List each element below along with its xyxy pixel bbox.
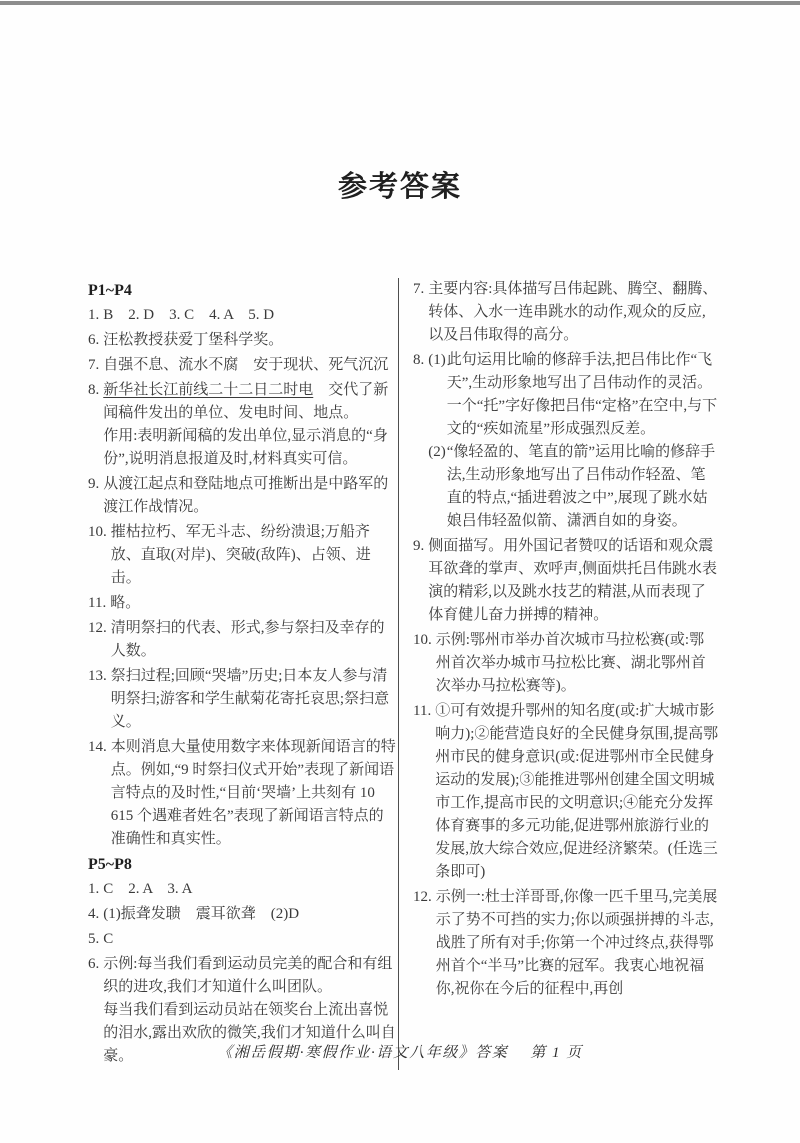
answer-item: 11.①可有效提升鄂州的知名度(或:扩大城市影响力);②能营造良好的全民健身氛围… <box>413 700 719 884</box>
item-number: 4. <box>88 903 103 926</box>
item-text: 主要内容:具体描写吕伟起跳、腾空、翻腾、转体、入水一连串跳水的动作,观众的反应,… <box>428 278 719 347</box>
item-text: 示例:鄂州市举办首次城市马拉松赛(或:鄂州首次举办城市马拉松比赛、湖北鄂州首次举… <box>436 629 719 698</box>
answer-item: 5.C <box>88 928 398 951</box>
item-text: B 2. D 3. C 4. A 5. D <box>103 304 398 327</box>
answers-column-right: 7.主要内容:具体描写吕伟起跳、腾空、翻腾、转体、入水一连串跳水的动作,观众的反… <box>399 278 719 1070</box>
page-range-heading: P5~P8 <box>88 853 398 876</box>
scan-edge-line <box>0 1 800 5</box>
answers-two-column-layout: P1~P41.B 2. D 3. C 4. A 5. D6.汪松教授获爱丁堡科学… <box>0 278 800 1070</box>
item-number: 12. <box>413 886 436 909</box>
item-number: 8. <box>88 379 103 402</box>
item-number: 9. <box>413 535 428 558</box>
item-text: 清明祭扫的代表、形式,参与祭扫及幸存的人数。 <box>111 617 398 663</box>
item-number: 5. <box>88 928 103 951</box>
answer-item: 8.新华社长江前线二十二日二时电 交代了新闻稿件发出的单位、发电时间、地点。 作… <box>88 379 398 471</box>
page-range-heading: P1~P4 <box>88 279 398 302</box>
answer-item: 10.示例:鄂州市举办首次城市马拉松赛(或:鄂州首次举办城市马拉松比赛、湖北鄂州… <box>413 629 719 698</box>
answer-item: 1.C 2. A 3. A <box>88 878 398 901</box>
item-number: 12. <box>88 617 111 640</box>
item-text: ①可有效提升鄂州的知名度(或:扩大城市影响力);②能营造良好的全民健身氛围,提高… <box>435 700 719 884</box>
item-number: 6. <box>88 329 103 352</box>
answer-item: 12.示例一:杜士洋哥哥,你像一匹千里马,完美展示了势不可挡的实力;你以顽强拼搏… <box>413 886 719 1001</box>
footer-page-number: 第 1 页 <box>530 1045 583 1061</box>
page-title: 参考答案 <box>0 0 800 204</box>
item-text: 摧枯拉朽、军无斗志、纷纷溃退;万船齐放、直取(对岸)、突破(敌阵)、占领、进击。 <box>111 521 398 590</box>
item-number: 1. <box>88 304 103 327</box>
answer-item: 9.侧面描写。用外国记者赞叹的话语和观众震耳欲聋的掌声、欢呼声,侧面烘托吕伟跳水… <box>413 535 719 627</box>
item-text: “像轻盈的、笔直的箭”运用比喻的修辞手法,生动形象地写出了吕伟动作轻盈、笔直的特… <box>447 441 719 533</box>
item-number: 7. <box>413 278 428 301</box>
answer-item: 7.自强不息、流水不腐 安于现状、死气沉沉 <box>88 354 398 377</box>
answer-item: 4.(1)振聋发聩 震耳欲聋 (2)D <box>88 903 398 926</box>
item-number: 10. <box>88 521 111 544</box>
item-number: 7. <box>88 354 103 377</box>
item-text: (1)振聋发聩 震耳欲聋 (2)D <box>103 903 398 926</box>
item-text: 侧面描写。用外国记者赞叹的话语和观众震耳欲聋的掌声、欢呼声,侧面烘托吕伟跳水表演… <box>428 535 719 627</box>
answer-sub-item: (1)此句运用比喻的修辞手法,把吕伟比作“飞天”,生动形象地写出了吕伟动作的灵活… <box>428 349 719 441</box>
item-number: 8. <box>413 349 428 372</box>
answer-item: 7.主要内容:具体描写吕伟起跳、腾空、翻腾、转体、入水一连串跳水的动作,观众的反… <box>413 278 719 347</box>
footer-book-title: 《湘岳假期·寒假作业·语文八年级》答案 <box>217 1045 508 1061</box>
underlined-source-line: 新华社长江前线二十二日二时电 <box>103 382 313 398</box>
item-number: 13. <box>88 665 111 688</box>
item-number: (2) <box>428 441 447 464</box>
item-text: 本则消息大量使用数字来体现新闻语言的特点。例如,“9 时祭扫仪式开始”表现了新闻… <box>111 736 398 851</box>
item-text: C <box>103 928 398 951</box>
answers-column-left: P1~P41.B 2. D 3. C 4. A 5. D6.汪松教授获爱丁堡科学… <box>88 278 398 1070</box>
answer-item: 6.汪松教授获爱丁堡科学奖。 <box>88 329 398 352</box>
answer-item: 9.从渡江起点和登陆地点可推断出是中路军的渡江作战情况。 <box>88 473 398 519</box>
item-text: 略。 <box>110 592 398 615</box>
answer-item: 1.B 2. D 3. C 4. A 5. D <box>88 304 398 327</box>
scanned-answer-page: 参考答案 P1~P41.B 2. D 3. C 4. A 5. D6.汪松教授获… <box>0 0 800 1143</box>
item-text: 此句运用比喻的修辞手法,把吕伟比作“飞天”,生动形象地写出了吕伟动作的灵活。一个… <box>447 349 719 441</box>
item-text: 示例一:杜士洋哥哥,你像一匹千里马,完美展示了势不可挡的实力;你以顽强拼搏的斗志… <box>436 886 719 1001</box>
answer-sub-item: (2)“像轻盈的、笔直的箭”运用比喻的修辞手法,生动形象地写出了吕伟动作轻盈、笔… <box>428 441 719 533</box>
item-text: (1)此句运用比喻的修辞手法,把吕伟比作“飞天”,生动形象地写出了吕伟动作的灵活… <box>428 349 719 533</box>
item-number: 6. <box>88 953 103 976</box>
item-number: 10. <box>413 629 436 652</box>
item-text: 祭扫过程;回顾“哭墙”历史;日本友人参与清明祭扫;游客和学生献菊花寄托哀思;祭扫… <box>111 665 398 734</box>
item-text: 汪松教授获爱丁堡科学奖。 <box>103 329 398 352</box>
answer-item: 8.(1)此句运用比喻的修辞手法,把吕伟比作“飞天”,生动形象地写出了吕伟动作的… <box>413 349 719 533</box>
item-text: 自强不息、流水不腐 安于现状、死气沉沉 <box>103 354 398 377</box>
item-number: 14. <box>88 736 111 759</box>
item-text: C 2. A 3. A <box>103 878 398 901</box>
page-footer: 《湘岳假期·寒假作业·语文八年级》答案第 1 页 <box>0 1041 800 1062</box>
item-text: 从渡江起点和登陆地点可推断出是中路军的渡江作战情况。 <box>103 473 398 519</box>
item-number: (1) <box>428 349 447 372</box>
answer-item: 12.清明祭扫的代表、形式,参与祭扫及幸存的人数。 <box>88 617 398 663</box>
answer-item: 10.摧枯拉朽、军无斗志、纷纷溃退;万船齐放、直取(对岸)、突破(敌阵)、占领、… <box>88 521 398 590</box>
item-number: 11. <box>88 592 110 615</box>
item-number: 11. <box>413 700 435 723</box>
item-number: 1. <box>88 878 103 901</box>
answer-item: 13.祭扫过程;回顾“哭墙”历史;日本友人参与清明祭扫;游客和学生献菊花寄托哀思… <box>88 665 398 734</box>
answer-item: 11.略。 <box>88 592 398 615</box>
answer-item: 14.本则消息大量使用数字来体现新闻语言的特点。例如,“9 时祭扫仪式开始”表现… <box>88 736 398 851</box>
item-text: 新华社长江前线二十二日二时电 交代了新闻稿件发出的单位、发电时间、地点。 作用:… <box>103 379 398 471</box>
item-number: 9. <box>88 473 103 496</box>
